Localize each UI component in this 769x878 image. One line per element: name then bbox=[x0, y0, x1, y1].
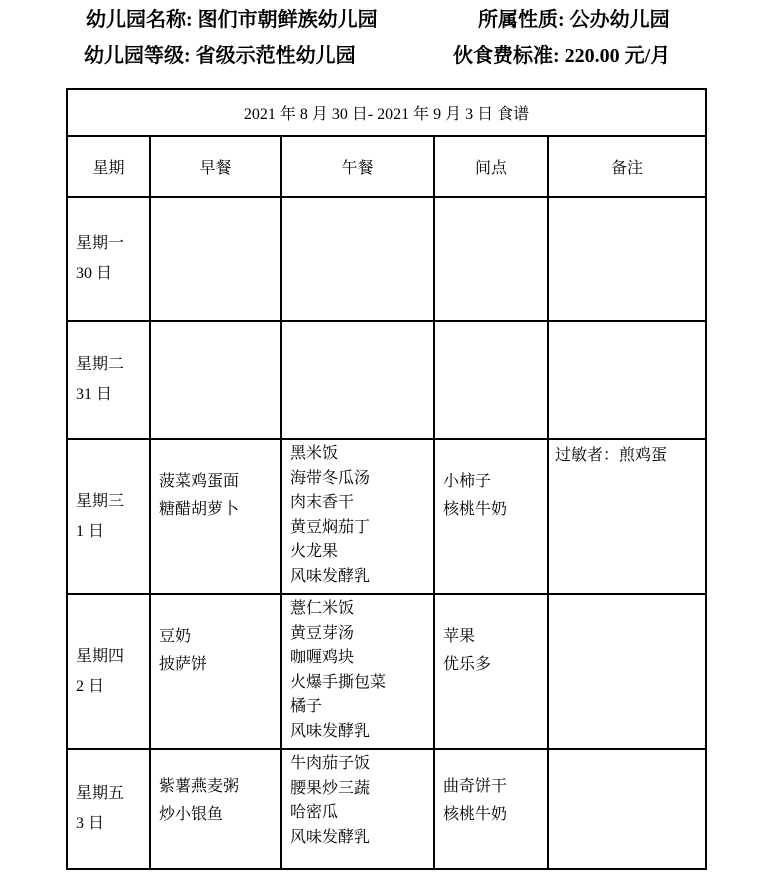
ownership-type: 所属性质: 公办幼儿园 bbox=[478, 10, 670, 30]
breakfast-cell bbox=[150, 321, 281, 439]
lunch-cell: 黑米饭 海带冬瓜汤 肉末香干 黄豆焖茄丁 火龙果 风味发酵乳 bbox=[281, 439, 434, 594]
row-thursday: 星期四 2 日 豆奶 披萨饼 薏仁米饭 黄豆芽汤 咖喱鸡块 火爆手撕包菜 橘子 … bbox=[67, 594, 706, 749]
notes-cell bbox=[548, 321, 706, 439]
notes-cell bbox=[548, 749, 706, 869]
menu-title: 2021 年 8 月 30 日- 2021 年 9 月 3 日 食谱 bbox=[67, 89, 706, 136]
snack-cell bbox=[434, 321, 548, 439]
day-cell: 星期二 31 日 bbox=[67, 321, 150, 439]
day-cell: 星期五 3 日 bbox=[67, 749, 150, 869]
col-header-snack: 间点 bbox=[434, 136, 548, 197]
lunch-cell: 牛肉茄子饭 腰果炒三蔬 哈密瓜 风味发酵乳 bbox=[281, 749, 434, 869]
snack-cell bbox=[434, 197, 548, 321]
notes-cell bbox=[548, 594, 706, 749]
lunch-cell bbox=[281, 197, 434, 321]
kindergarten-grade: 幼儿园等级: 省级示范性幼儿园 bbox=[84, 46, 356, 66]
notes-cell: 过敏者：煎鸡蛋 bbox=[548, 439, 706, 594]
snack-cell: 曲奇饼干 核桃牛奶 bbox=[434, 749, 548, 869]
snack-cell: 苹果 优乐多 bbox=[434, 594, 548, 749]
row-friday: 星期五 3 日 紫薯燕麦粥 炒小银鱼 牛肉茄子饭 腰果炒三蔬 哈密瓜 风味发酵乳… bbox=[67, 749, 706, 869]
breakfast-cell: 菠菜鸡蛋面 糖醋胡萝卜 bbox=[150, 439, 281, 594]
day-cell: 星期四 2 日 bbox=[67, 594, 150, 749]
lunch-cell: 薏仁米饭 黄豆芽汤 咖喱鸡块 火爆手撕包菜 橘子 风味发酵乳 bbox=[281, 594, 434, 749]
column-header-row: 星期 早餐 午餐 间点 备注 bbox=[67, 136, 706, 197]
kindergarten-name: 幼儿园名称: 图们市朝鲜族幼儿园 bbox=[86, 10, 378, 30]
document-header: 幼儿园名称: 图们市朝鲜族幼儿园 所属性质: 公办幼儿园 幼儿园等级: 省级示范… bbox=[0, 0, 769, 88]
snack-cell: 小柿子 核桃牛奶 bbox=[434, 439, 548, 594]
breakfast-cell: 豆奶 披萨饼 bbox=[150, 594, 281, 749]
col-header-day: 星期 bbox=[67, 136, 150, 197]
day-cell: 星期三 1 日 bbox=[67, 439, 150, 594]
day-cell: 星期一 30 日 bbox=[67, 197, 150, 321]
meal-fee-standard: 伙食费标准: 220.00 元/月 bbox=[453, 46, 670, 66]
col-header-breakfast: 早餐 bbox=[150, 136, 281, 197]
breakfast-cell bbox=[150, 197, 281, 321]
col-header-notes: 备注 bbox=[548, 136, 706, 197]
row-wednesday: 星期三 1 日 菠菜鸡蛋面 糖醋胡萝卜 黑米饭 海带冬瓜汤 肉末香干 黄豆焖茄丁… bbox=[67, 439, 706, 594]
col-header-lunch: 午餐 bbox=[281, 136, 434, 197]
lunch-cell bbox=[281, 321, 434, 439]
row-monday: 星期一 30 日 bbox=[67, 197, 706, 321]
title-row: 2021 年 8 月 30 日- 2021 年 9 月 3 日 食谱 bbox=[67, 89, 706, 136]
menu-table: 2021 年 8 月 30 日- 2021 年 9 月 3 日 食谱 星期 早餐… bbox=[66, 88, 707, 870]
breakfast-cell: 紫薯燕麦粥 炒小银鱼 bbox=[150, 749, 281, 869]
notes-cell bbox=[548, 197, 706, 321]
row-tuesday: 星期二 31 日 bbox=[67, 321, 706, 439]
document-page: 幼儿园名称: 图们市朝鲜族幼儿园 所属性质: 公办幼儿园 幼儿园等级: 省级示范… bbox=[0, 0, 769, 878]
